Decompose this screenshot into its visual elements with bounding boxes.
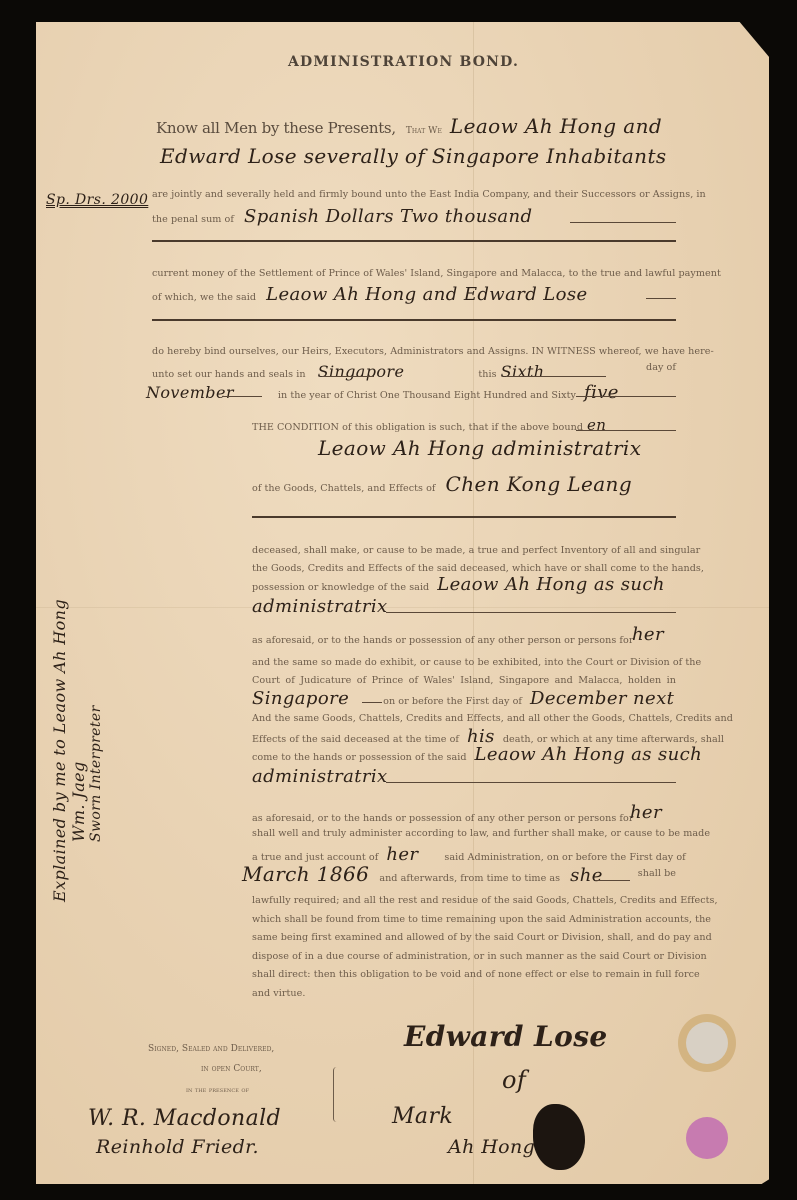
bracket bbox=[333, 1067, 340, 1122]
text-label: THE CONDITION of this obligation is such… bbox=[252, 422, 583, 433]
goods-holder: Leaow Ah Hong as such bbox=[475, 744, 703, 765]
interpreter-note-line: Explained by me to Leaow Ah Hong bbox=[50, 599, 69, 902]
text-label: possession or knowledge of the said bbox=[252, 582, 429, 593]
text-label: this bbox=[478, 369, 496, 380]
text-line: and the same so made do exhibit, or caus… bbox=[252, 654, 676, 672]
signing-day: Sixth bbox=[501, 362, 545, 381]
obligors-names: Leaow Ah Hong and Edward Lose bbox=[266, 284, 588, 305]
exhibit-deadline: December next bbox=[530, 688, 674, 709]
mark-of-label: of bbox=[502, 1066, 526, 1094]
signing-label-3: in the presence of bbox=[186, 1085, 249, 1094]
pronoun-her: her bbox=[630, 802, 662, 823]
text-line: shall well and truly administer accordin… bbox=[252, 828, 676, 839]
penal-sum-value: Spanish Dollars Two thousand bbox=[244, 206, 532, 227]
that-we-label: That We bbox=[406, 126, 442, 136]
paragraph-witness: do hereby bind ourselves, our Heirs, Exe… bbox=[152, 346, 676, 357]
inventory-role: administratrix bbox=[252, 596, 388, 617]
bond-document: ADMINISTRATION BOND. Know all Men by the… bbox=[36, 22, 769, 1184]
witness-place-line: unto set our hands and seals in Singapor… bbox=[152, 362, 676, 382]
divider bbox=[252, 516, 676, 518]
text-line: are jointly and severally held and firml… bbox=[152, 189, 676, 200]
goods-holder-role: administratrix bbox=[252, 766, 388, 787]
witness-signature-1: W. R. Macdonald bbox=[88, 1106, 281, 1131]
text-label: day of bbox=[646, 362, 676, 373]
account-line-4: March 1866 and afterwards, from time to … bbox=[242, 862, 676, 886]
administratrix-name: Leaow Ah Hong administratrix bbox=[318, 436, 641, 460]
signing-label-1: Signed, Sealed and Delivered, bbox=[148, 1044, 274, 1054]
deceased-line: of the Goods, Chattels, and Effects of C… bbox=[252, 472, 632, 496]
text-line: current money of the Settlement of Princ… bbox=[152, 268, 676, 279]
paragraph-currency: current money of the Settlement of Princ… bbox=[152, 268, 676, 279]
penal-sum-line: the penal sum of Spanish Dollars Two tho… bbox=[152, 206, 532, 227]
opening-blackletter: Know all Men by these Presents, bbox=[156, 119, 396, 137]
pronoun-she: she bbox=[570, 865, 603, 886]
paper-seal bbox=[686, 1022, 728, 1064]
principal-names: Leaow Ah Hong and bbox=[450, 114, 662, 138]
text-line: dispose of in a due course of administra… bbox=[252, 948, 676, 967]
margin-amount: Sp. Drs. 2000 bbox=[46, 192, 148, 208]
divider bbox=[152, 240, 676, 242]
text-line: shall direct: then this obligation to be… bbox=[252, 966, 676, 985]
wax-seal bbox=[686, 1117, 728, 1159]
document-title: ADMINISTRATION BOND. bbox=[288, 54, 519, 70]
text-line: which shall be found from time to time r… bbox=[252, 911, 676, 930]
text-label: of which, we the said bbox=[152, 292, 256, 303]
signing-year: five bbox=[584, 382, 619, 403]
payment-line: of which, we the said Leaow Ah Hong and … bbox=[152, 284, 588, 305]
text-line: same being first examined and allowed of… bbox=[252, 929, 676, 948]
witness-date-line: November in the year of Christ One Thous… bbox=[146, 382, 676, 403]
principal-mark-name: Ah Hong bbox=[448, 1136, 535, 1158]
opening-line: Know all Men by these Presents, That We … bbox=[156, 114, 662, 138]
inventory-possession-line: possession or knowledge of the said Leao… bbox=[252, 574, 665, 595]
text-label: on or before the First day of bbox=[383, 696, 522, 707]
paragraph-residue: lawfully required; and all the rest and … bbox=[252, 892, 676, 1004]
pronoun-her: her bbox=[632, 624, 664, 645]
text-line: and virtue. bbox=[252, 985, 676, 1004]
text-label: as aforesaid, or to the hands or possess… bbox=[252, 813, 633, 824]
text-line: do hereby bind ourselves, our Heirs, Exe… bbox=[152, 346, 676, 357]
interpreter-signature: Wm. Jaeg bbox=[69, 599, 88, 842]
signing-month: November bbox=[146, 383, 234, 402]
principal-names-continued: Edward Lose severally of Singapore Inhab… bbox=[160, 144, 667, 168]
fold-crease-horizontal bbox=[36, 607, 769, 608]
deceased-name: Chen Kong Leang bbox=[446, 472, 632, 496]
account-deadline: March 1866 bbox=[242, 862, 369, 886]
surety-signature: Edward Lose bbox=[404, 1020, 608, 1053]
paragraph-inventory: deceased, shall make, or cause to be mad… bbox=[252, 542, 676, 578]
text-line: deceased, shall make, or cause to be mad… bbox=[252, 542, 676, 560]
condition-line: THE CONDITION of this obligation is such… bbox=[252, 416, 606, 435]
mark-label: Mark bbox=[392, 1104, 453, 1129]
ink-mark-blot bbox=[533, 1104, 585, 1170]
text-label: come to the hands or possession of the s… bbox=[252, 752, 467, 763]
interpreter-note: Explained by me to Leaow Ah Hong Wm. Jae… bbox=[50, 599, 104, 902]
account-line-2: shall well and truly administer accordin… bbox=[252, 828, 676, 839]
court-place: Singapore bbox=[252, 688, 349, 709]
exhibit-line-1: as aforesaid, or to the hands or possess… bbox=[252, 630, 676, 648]
text-label: shall be bbox=[638, 868, 676, 879]
goods-possession-line: come to the hands or possession of the s… bbox=[252, 744, 702, 765]
exhibit-court-line: Singapore on or before the First day of … bbox=[252, 688, 676, 709]
text-label: of the Goods, Chattels, and Effects of bbox=[252, 483, 436, 494]
divider bbox=[152, 319, 676, 321]
interpreter-title: Sworn Interpreter bbox=[88, 599, 104, 842]
text-label: the penal sum of bbox=[152, 214, 234, 225]
text-label: and afterwards, from time to time as bbox=[379, 873, 560, 884]
text-label: in the year of Christ One Thousand Eight… bbox=[278, 390, 576, 401]
text-line: lawfully required; and all the rest and … bbox=[252, 892, 676, 911]
condition-suffix: en bbox=[587, 416, 606, 434]
paragraph-exhibit: and the same so made do exhibit, or caus… bbox=[252, 654, 676, 690]
signing-place: Singapore bbox=[318, 362, 405, 381]
signing-label-2: in open Court, bbox=[201, 1064, 262, 1074]
witness-signature-2: Reinhold Friedr. bbox=[96, 1136, 259, 1158]
text-label: as aforesaid, or to the hands or possess… bbox=[252, 635, 633, 646]
text-label: unto set our hands and seals in bbox=[152, 369, 306, 380]
inventory-holder: Leaow Ah Hong as such bbox=[437, 574, 665, 595]
account-line-1: as aforesaid, or to the hands or possess… bbox=[252, 808, 676, 826]
paragraph-bound: are jointly and severally held and firml… bbox=[152, 189, 676, 200]
